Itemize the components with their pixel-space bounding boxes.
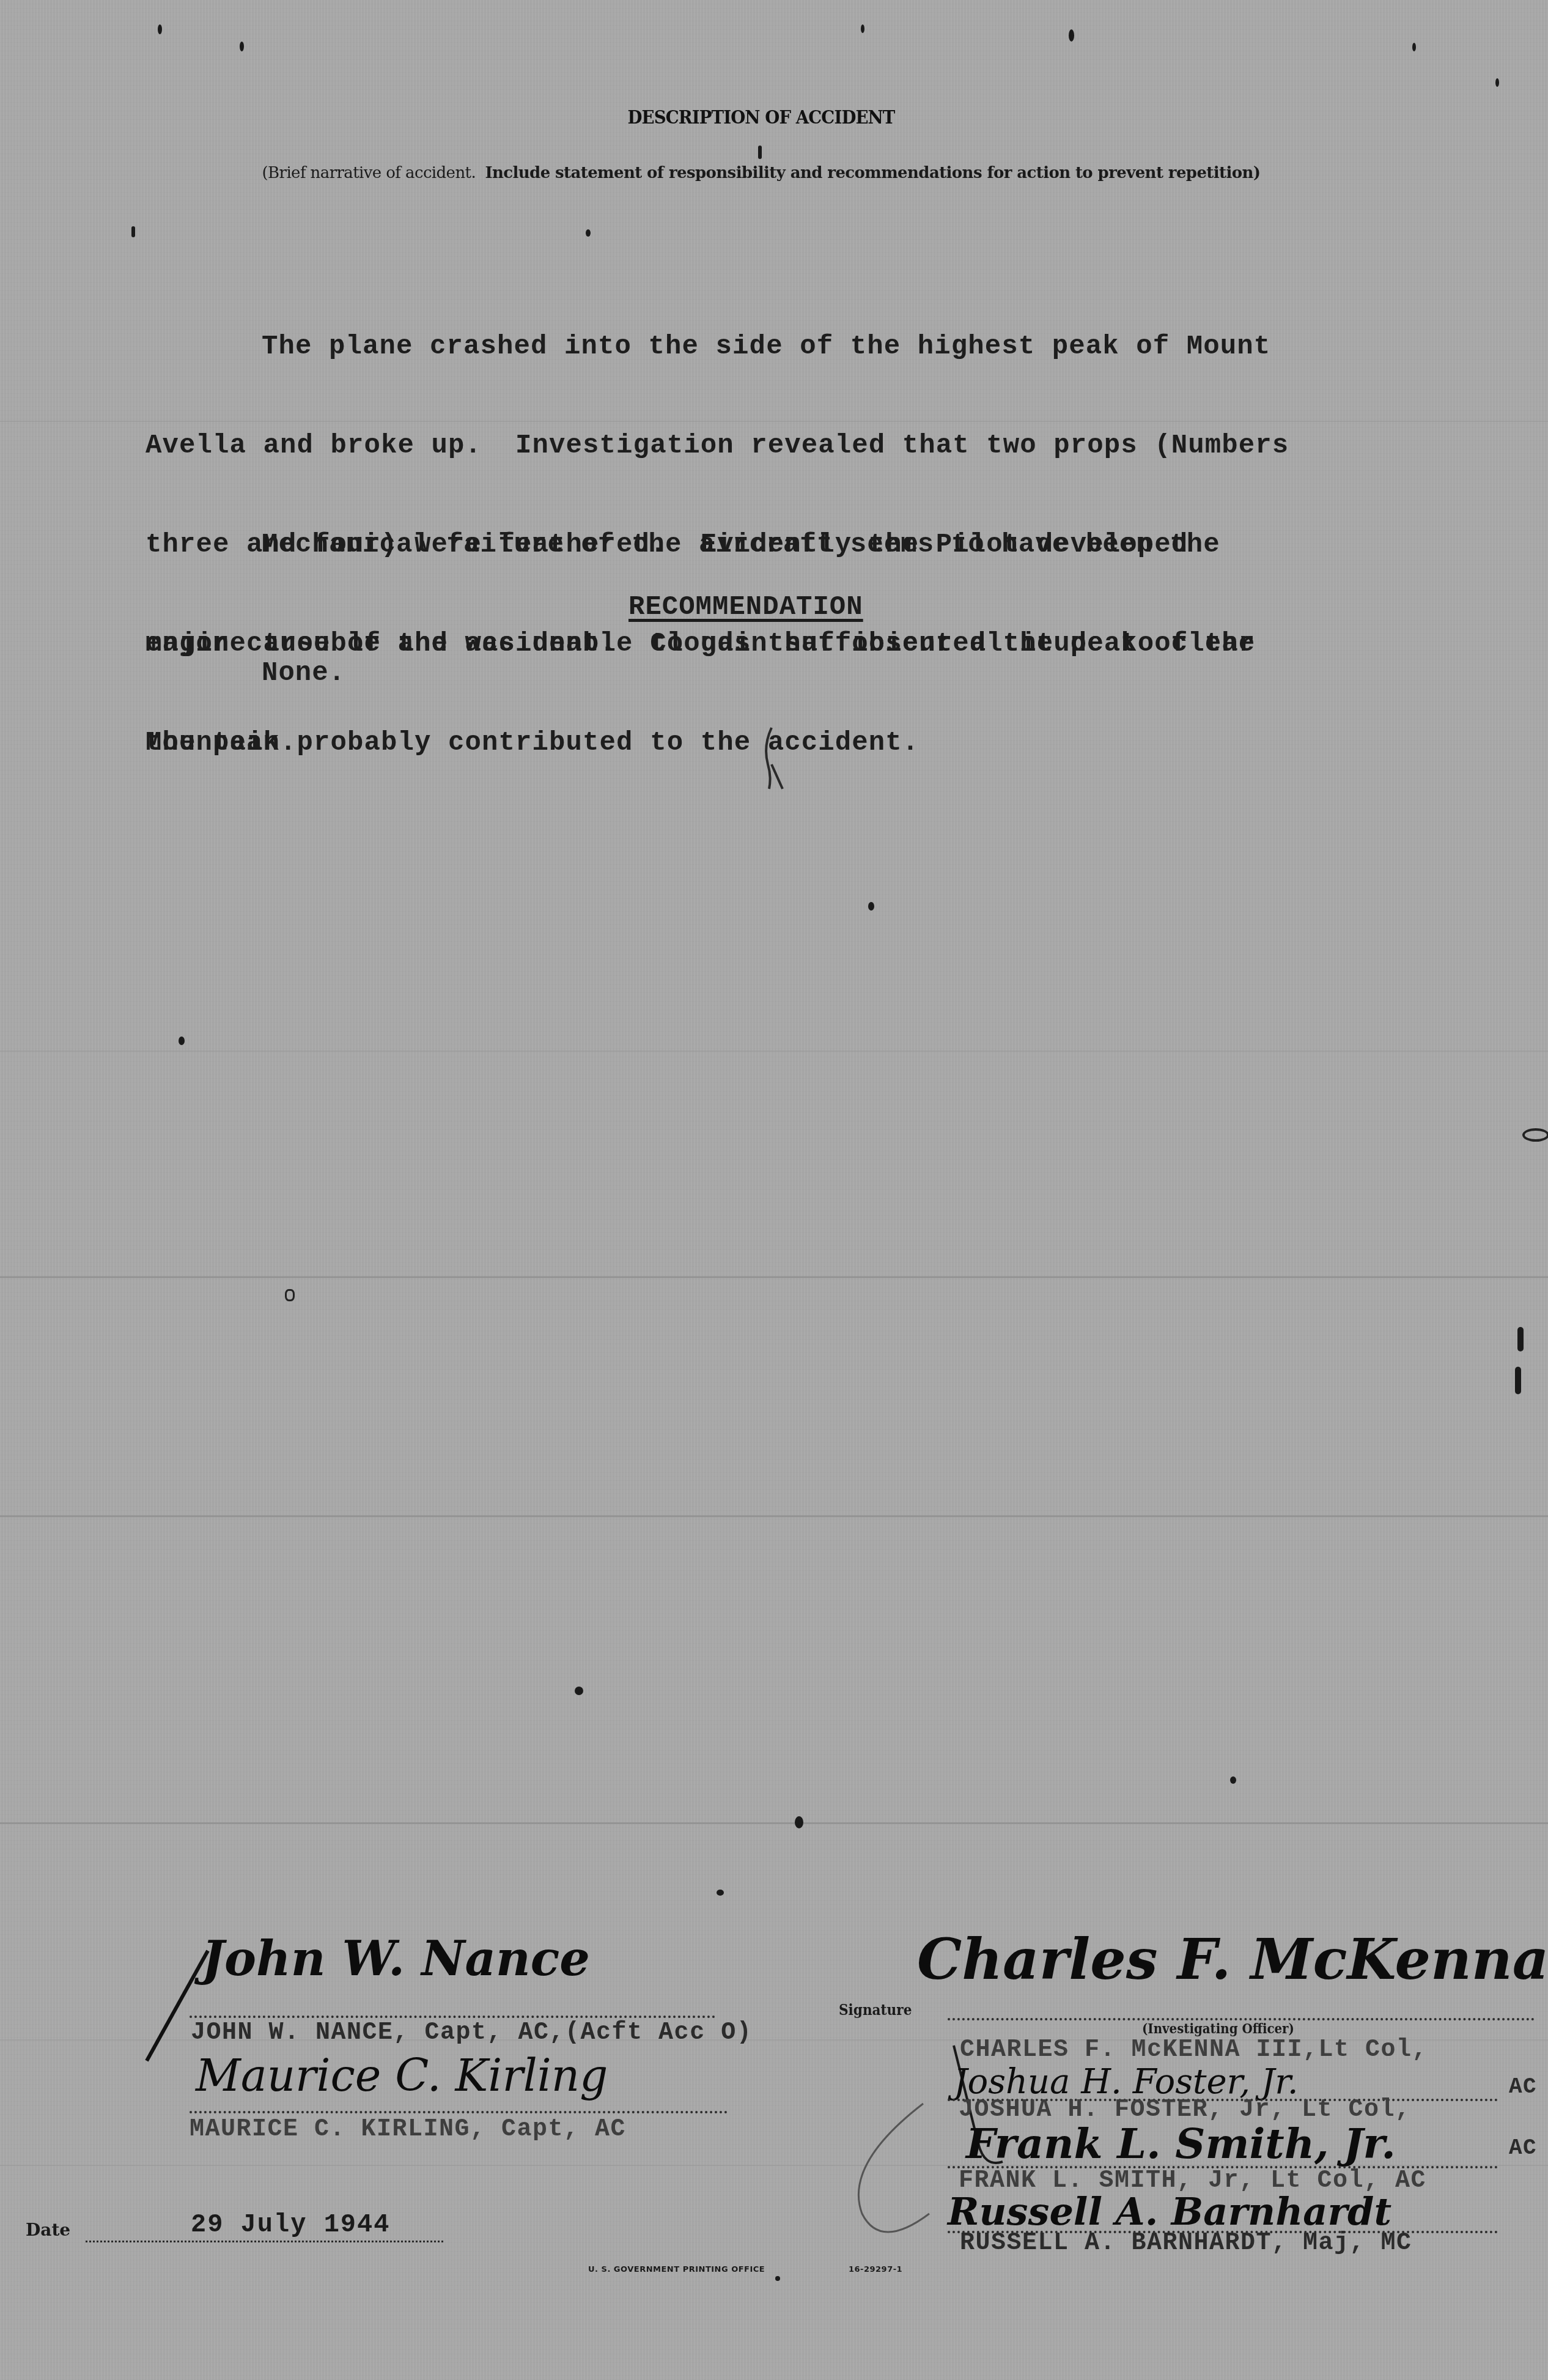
signature-handwritten: Charles F. McKenna III <box>917 1926 1548 1992</box>
investigating-officer-label: (Investigating Officer) <box>1142 2021 1294 2037</box>
form-number: 16-29297-1 <box>849 2265 902 2274</box>
scan-speck <box>179 1037 185 1045</box>
scan-speck <box>285 1289 295 1301</box>
instructions-bold: Include statement of responsibility and … <box>485 164 1260 182</box>
narrative-line: Mechanical failure of the aircraft seems… <box>146 528 1255 561</box>
scan-speck <box>1495 78 1499 87</box>
scan-speck <box>240 42 244 51</box>
date-label: Date <box>26 2220 70 2240</box>
scan-speck <box>868 902 874 911</box>
signer-typed-name: JOHN W. NANCE, Capt, AC,(Acft Acc O) <box>191 2019 752 2047</box>
date-line <box>86 2241 443 2242</box>
recommendation-text: None. <box>262 658 345 689</box>
signer-suffix: AC <box>1509 2135 1537 2160</box>
signature-line <box>190 2111 728 2113</box>
scan-speck <box>861 24 864 33</box>
signer-typed-name: CHARLES F. McKENNA III,Lt Col, <box>960 2036 1428 2064</box>
scan-speck <box>795 1816 803 1828</box>
scan-speck <box>1522 1128 1548 1142</box>
form-title: DESCRIPTION OF ACCIDENT <box>61 107 1462 128</box>
narrative-line: major cause of the accident. Clouds that… <box>146 627 1255 660</box>
scan-speck <box>131 226 135 237</box>
recommendation-heading: RECOMMENDATION <box>628 592 863 623</box>
scan-speck <box>1069 29 1074 42</box>
signer-suffix: AC <box>1509 2074 1537 2099</box>
signature-handwritten: John W. Nance <box>202 1931 590 1987</box>
scan-speck <box>758 146 762 159</box>
scan-speck <box>775 2276 780 2281</box>
signature-line <box>190 2016 715 2018</box>
scan-speck <box>575 1687 583 1695</box>
signature-handwritten: Russell A. Barnhardt <box>948 2189 1391 2234</box>
instructions-prefix: (Brief narrative of accident. <box>262 164 476 182</box>
form-instructions: (Brief narrative of accident. Include st… <box>0 164 1522 182</box>
signer-typed-name: RUSSELL A. BARNHARDT, Maj, MC <box>960 2230 1412 2257</box>
signer-typed-name: MAURICE C. KIRLING, Capt, AC <box>190 2116 626 2143</box>
date-value: 29 July 1944 <box>191 2210 390 2239</box>
scan-speck <box>158 24 162 34</box>
signature-handwritten: Frank L. Smith, Jr. <box>966 2119 1396 2168</box>
signature-handwritten: Maurice C. Kirling <box>196 2050 608 2101</box>
narrative-line: The plane crashed into the side of the h… <box>146 330 1289 363</box>
scanned-page: DESCRIPTION OF ACCIDENT (Brief narrative… <box>0 0 1548 2380</box>
paper-rule <box>0 1822 1548 1824</box>
paper-rule <box>0 1276 1548 1278</box>
scan-speck <box>1515 1367 1521 1394</box>
printer-imprint: U. S. GOVERNMENT PRINTING OFFICE <box>588 2265 765 2274</box>
scan-speck <box>1230 1776 1236 1784</box>
signature-label: Signature <box>839 2001 912 2019</box>
narrative-line: Mountain probably contributed to the acc… <box>146 726 1255 759</box>
paper-rule <box>0 1515 1548 1517</box>
scan-speck <box>717 1890 724 1896</box>
narrative-line: Avella and broke up. Investigation revea… <box>146 429 1289 462</box>
scan-speck <box>1517 1327 1524 1351</box>
signature-line <box>948 2018 1535 2020</box>
scan-speck <box>586 229 591 237</box>
paper-rule <box>0 1051 1548 1052</box>
scan-speck <box>1412 43 1416 51</box>
narrative-paragraph-2: Mechanical failure of the aircraft seems… <box>146 462 1255 826</box>
